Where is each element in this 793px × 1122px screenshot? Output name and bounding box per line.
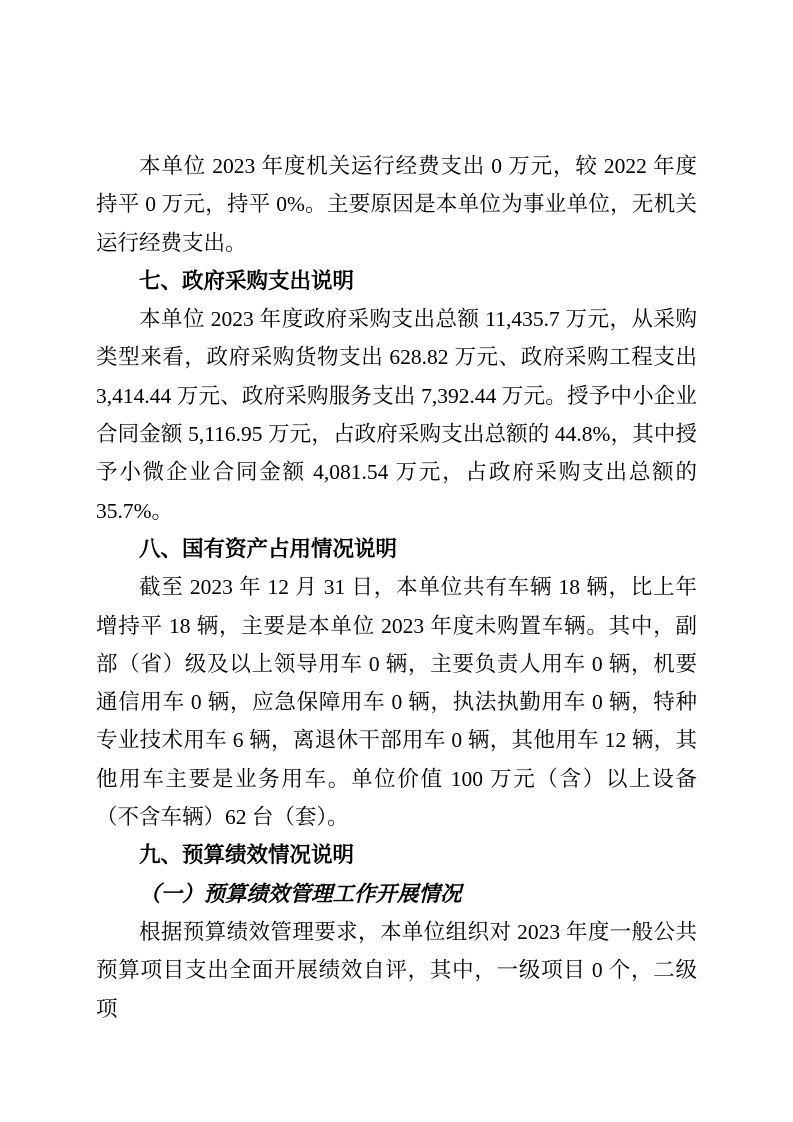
document-page: 本单位 2023 年度机关运行经费支出 0 万元，较 2022 年度持平 0 万… — [0, 0, 793, 1122]
section-heading: 八、国有资产占用情况说明 — [96, 530, 697, 568]
section-heading: 七、政府采购支出说明 — [96, 262, 697, 300]
subsection-heading: （一）预算绩效管理工作开展情况 — [96, 875, 697, 913]
body-paragraph: 本单位 2023 年度政府采购支出总额 11,435.7 万元，从采购类型来看，… — [96, 300, 697, 530]
body-paragraph: 截至 2023 年 12 月 31 日，本单位共有车辆 18 辆，比上年增持平 … — [96, 568, 697, 836]
body-paragraph: 本单位 2023 年度机关运行经费支出 0 万元，较 2022 年度持平 0 万… — [96, 147, 697, 262]
section-heading: 九、预算绩效情况说明 — [96, 836, 697, 874]
body-paragraph: 根据预算绩效管理要求，本单位组织对 2023 年度一般公共预算项目支出全面开展绩… — [96, 913, 697, 1028]
document-content: 本单位 2023 年度机关运行经费支出 0 万元，较 2022 年度持平 0 万… — [96, 147, 697, 1028]
